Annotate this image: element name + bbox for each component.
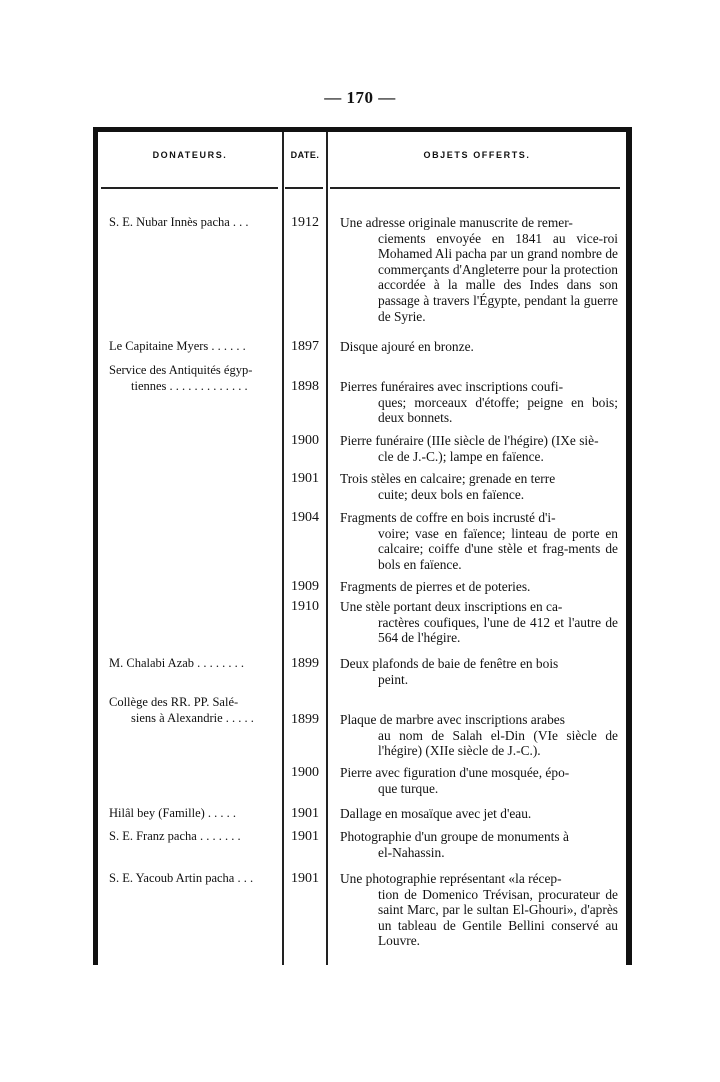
donations-table: DONATEURS. DATE. OBJETS OFFERTS. S. E. N…	[93, 127, 632, 965]
donation-date: 1901	[287, 871, 323, 887]
column-header-donors: DONATEURS.	[98, 150, 282, 160]
description-first-line: Dallage en mosaïque avec jet d'eau.	[340, 806, 618, 822]
description-first-line: Photographie d'un groupe de monuments à	[340, 829, 618, 845]
donation-date: 1904	[287, 510, 323, 526]
donation-date: 1901	[287, 471, 323, 487]
donation-date: 1901	[287, 806, 323, 822]
description-first-line: Disque ajouré en bronze.	[340, 339, 618, 355]
header-rule-objects	[330, 187, 620, 189]
description-first-line: Une stèle portant deux inscriptions en c…	[340, 599, 618, 615]
description-first-line: Fragments de coffre en bois incrusté d'i…	[340, 510, 618, 526]
donor-name: S. E. Franz pacha . . . . . . .	[109, 829, 281, 845]
donation-description: Pierres funéraires avec inscriptions cou…	[340, 379, 618, 426]
donor-name-line2: siens à Alexandrie . . . . .	[109, 711, 281, 727]
description-continuation: voire; vase en faïence; linteau de porte…	[340, 526, 618, 573]
table-border-left	[93, 127, 98, 965]
description-continuation: ractères coufiques, l'une de 412 et l'au…	[340, 615, 618, 646]
donation-date: 1898	[287, 379, 323, 395]
donation-description: Photographie d'un groupe de monuments à …	[340, 829, 618, 860]
donation-date: 1897	[287, 339, 323, 355]
description-first-line: Une adresse originale manuscrite de reme…	[340, 215, 618, 231]
description-first-line: Fragments de pierres et de poteries.	[340, 579, 618, 595]
description-continuation: tion de Domenico Trévisan, procurateur d…	[340, 887, 618, 949]
donor-name-line1: Service des Antiquités égyp-	[109, 363, 281, 379]
donor-name: Hilâl bey (Famille) . . . . .	[109, 806, 281, 822]
donation-description: Une adresse originale manuscrite de reme…	[340, 215, 618, 324]
donor-name: Service des Antiquités égyp- tiennes . .…	[109, 363, 281, 394]
description-continuation: au nom de Salah el-Din (VIe siècle de l'…	[340, 728, 618, 759]
donation-date: 1900	[287, 765, 323, 781]
description-first-line: Deux plafonds de baie de fenêtre en bois	[340, 656, 618, 672]
donation-date: 1912	[287, 215, 323, 231]
donation-description: Dallage en mosaïque avec jet d'eau.	[340, 806, 618, 822]
column-divider-date-objects	[326, 132, 328, 965]
donation-description: Plaque de marbre avec inscriptions arabe…	[340, 712, 618, 759]
header-rule-donors	[101, 187, 278, 189]
description-continuation: el-Nahassin.	[340, 845, 618, 861]
description-continuation: cle de J.-C.); lampe en faïence.	[340, 449, 618, 465]
donation-description: Pierre avec figuration d'une mosquée, ép…	[340, 765, 618, 796]
donor-name: Le Capitaine Myers . . . . . .	[109, 339, 281, 355]
donor-name: S. E. Nubar Innès pacha . . .	[109, 215, 281, 231]
description-first-line: Trois stèles en calcaire; grenade en ter…	[340, 471, 618, 487]
column-header-objects: OBJETS OFFERTS.	[328, 150, 626, 160]
description-first-line: Pierre funéraire (IIIe siècle de l'hégir…	[340, 433, 618, 449]
column-divider-donors-date	[282, 132, 284, 965]
donation-description: Fragments de pierres et de poteries.	[340, 579, 618, 595]
donation-description: Une photographie représentant «la récep-…	[340, 871, 618, 949]
description-continuation: ques; morceaux d'étoffe; peigne en bois;…	[340, 395, 618, 426]
donation-date: 1899	[287, 712, 323, 728]
donation-description: Disque ajouré en bronze.	[340, 339, 618, 355]
description-first-line: Une photographie représentant «la récep-	[340, 871, 618, 887]
description-first-line: Pierre avec figuration d'une mosquée, ép…	[340, 765, 618, 781]
description-continuation: peint.	[340, 672, 618, 688]
donation-date: 1910	[287, 599, 323, 615]
description-first-line: Pierres funéraires avec inscriptions cou…	[340, 379, 618, 395]
donation-description: Trois stèles en calcaire; grenade en ter…	[340, 471, 618, 502]
page-number: — 170 —	[0, 88, 720, 108]
table-border-right	[626, 127, 632, 965]
donation-date: 1899	[287, 656, 323, 672]
donation-description: Une stèle portant deux inscriptions en c…	[340, 599, 618, 646]
donation-date: 1901	[287, 829, 323, 845]
table-border-top	[93, 127, 632, 132]
donation-description: Pierre funéraire (IIIe siècle de l'hégir…	[340, 433, 618, 464]
donation-date: 1900	[287, 433, 323, 449]
donor-name: Collège des RR. PP. Salé- siens à Alexan…	[109, 695, 281, 726]
column-header-date: DATE.	[284, 150, 326, 160]
donor-name-line2: tiennes . . . . . . . . . . . . .	[109, 379, 281, 395]
header-rule-date	[285, 187, 323, 189]
description-continuation: ciements envoyée en 1841 au vice-roi Moh…	[340, 231, 618, 325]
description-first-line: Plaque de marbre avec inscriptions arabe…	[340, 712, 618, 728]
description-continuation: cuite; deux bols en faïence.	[340, 487, 618, 503]
donor-name: S. E. Yacoub Artin pacha . . .	[109, 871, 281, 887]
donor-name: M. Chalabi Azab . . . . . . . .	[109, 656, 281, 672]
description-continuation: que turque.	[340, 781, 618, 797]
donation-date: 1909	[287, 579, 323, 595]
donation-description: Deux plafonds de baie de fenêtre en bois…	[340, 656, 618, 687]
donor-name-line1: Collège des RR. PP. Salé-	[109, 695, 281, 711]
donation-description: Fragments de coffre en bois incrusté d'i…	[340, 510, 618, 572]
